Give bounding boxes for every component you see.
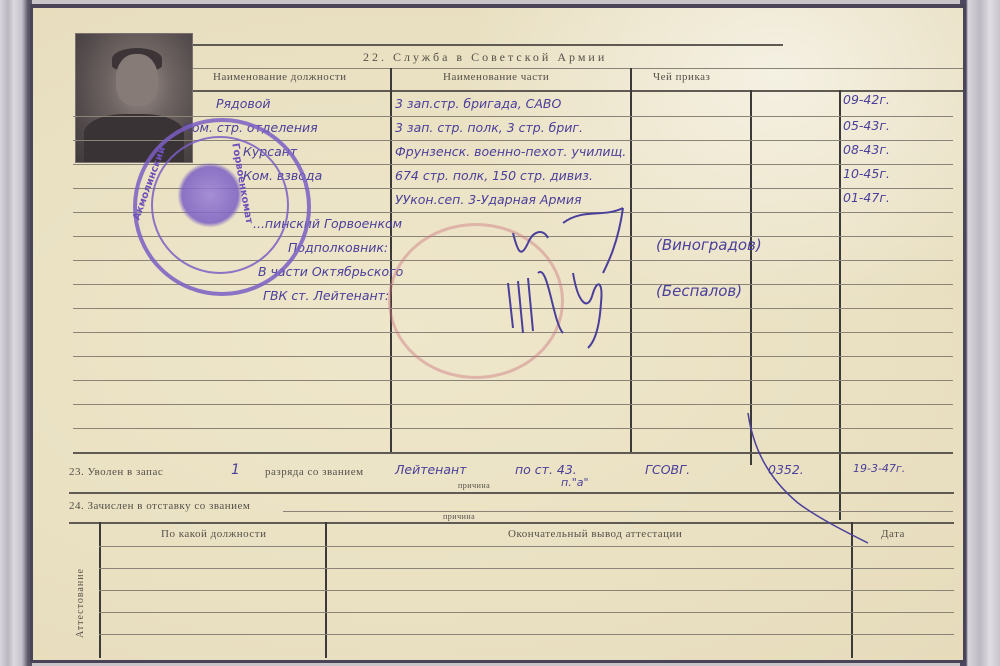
section24-label: 24. Зачислен в отставку со званием — [69, 500, 250, 512]
top-rule — [193, 44, 783, 46]
section24-caption: причина — [443, 512, 475, 521]
attestation-side-label: Аттестование — [75, 548, 95, 658]
signature-scribble — [493, 203, 693, 353]
attest-col-conclusion: Окончательный вывод аттестации — [508, 528, 682, 540]
row-1-date: 09-42г. — [843, 92, 890, 107]
section23-rank: Лейтенант — [395, 462, 466, 477]
row-2-date: 05-43г. — [843, 118, 890, 133]
section23-category: 1 — [231, 462, 240, 478]
state-emblem-icon — [177, 162, 243, 228]
section23-label-mid: разряда со званием — [265, 466, 364, 478]
section23-reason: по ст. 43. — [515, 462, 577, 477]
section23-caption: причина — [458, 481, 490, 490]
section22-title: 22. Служба в Советской Армии — [363, 50, 607, 65]
attest-col-date: Дата — [881, 528, 905, 540]
row-3-unit: Фрунзенск. военно-пехот. училищ. — [395, 144, 626, 159]
pen-stroke — [738, 408, 878, 548]
col-header-unit: Наименование части — [443, 71, 549, 83]
attest-col-position: По какой должности — [161, 528, 266, 540]
frame-right — [960, 0, 1000, 666]
row-4-unit: 674 стр. полк, 150 стр. дивиз. — [395, 168, 593, 183]
row-2-unit: 3 зап. стр. полк, 3 стр. бриг. — [395, 120, 583, 135]
row-1-position: Рядовой — [216, 96, 271, 111]
row-1-unit: 3 зап.стр. бригада, САВО — [395, 96, 561, 111]
row-5-date: 01-47г. — [843, 190, 890, 205]
row-3-date: 08-43г. — [843, 142, 890, 157]
signature-line-4: ГВК ст. Лейтенант: — [263, 288, 389, 303]
document-page: 22. Служба в Советской Армии Наименовани… — [30, 4, 966, 663]
section23-reason-sub: п."а" — [561, 476, 589, 489]
section23-label: 23. Уволен в запас — [69, 466, 163, 478]
col-header-order-by: Чей приказ — [653, 71, 710, 83]
section23-order-by: ГСОВГ. — [645, 462, 690, 477]
official-stamp — [133, 118, 311, 296]
row-4-date: 10-45г. — [843, 166, 890, 181]
col-header-position: Наименование должности — [213, 71, 347, 83]
